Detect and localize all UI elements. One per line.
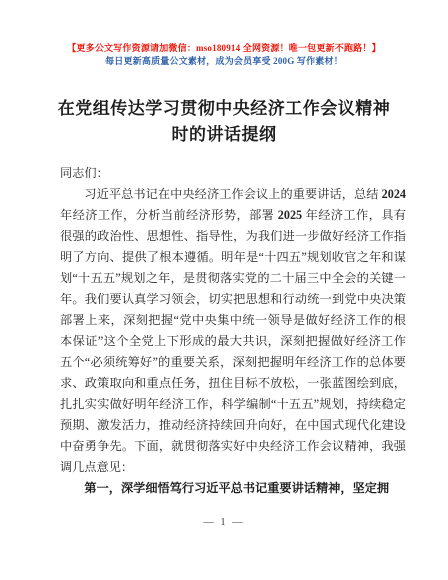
document-title: 在党组传达学习贯彻中央经济工作会议精神时的讲话提纲 — [50, 96, 398, 148]
section-heading-first: 第一，深学细悟笃行习近平总书记重要讲话精神，坚定拥 — [60, 478, 406, 499]
body-paragraph-1: 习近平总书记在中央经济工作会议上的重要讲话，总结 2024 年经济工作，分析当前… — [60, 184, 406, 478]
promo-line-blue: 每日更新高质量公文素材，成为会员享受 200G 写作素材！ — [0, 55, 448, 68]
promo-notice: 【更多公文写作资源请加微信：mso180914 全网资源！唯一包更新不跑路！】 … — [0, 42, 448, 68]
document-page: 【更多公文写作资源请加微信：mso180914 全网资源！唯一包更新不跑路！】 … — [0, 0, 448, 580]
salutation: 同志们： — [60, 163, 406, 184]
document-body: 同志们： 习近平总书记在中央经济工作会议上的重要讲话，总结 2024 年经济工作… — [60, 163, 406, 499]
promo-line-red: 【更多公文写作资源请加微信：mso180914 全网资源！唯一包更新不跑路！】 — [0, 42, 448, 55]
page-number: — 1 — — [0, 517, 448, 528]
